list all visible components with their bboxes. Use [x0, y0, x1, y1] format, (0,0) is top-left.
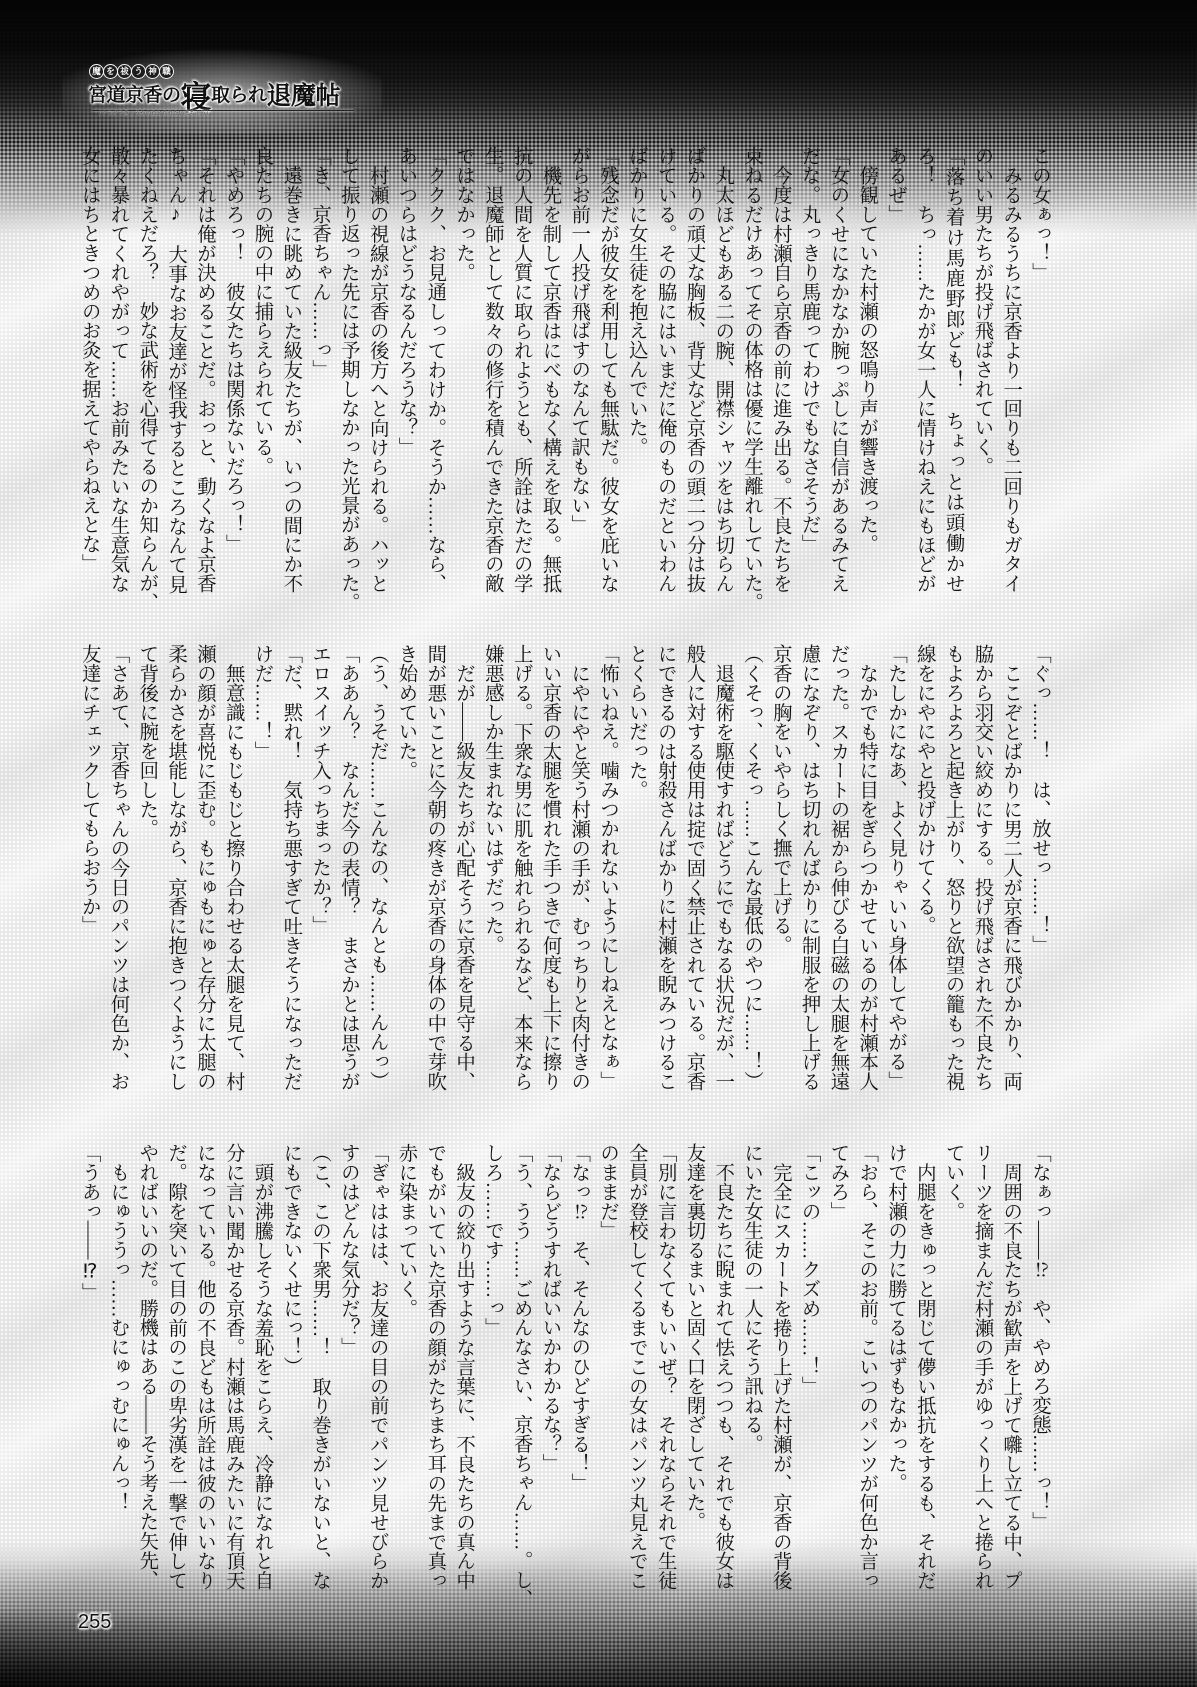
text-column: 級友の絞り出すような言葉に、不良たちの真ん中: [448, 1143, 477, 1590]
text-column: やればいいのだ。勝機はある――そう考えた矢先、: [132, 1143, 161, 1590]
page-number: 255: [78, 1612, 111, 1632]
text-column: 内腿をきゅっと閉じて儚い抵抗をするも、それだ: [909, 1143, 938, 1590]
text-column: ろ！ ちっ……たかが女一人に情けねえにもほどが: [909, 146, 938, 593]
series-label-char: 神: [146, 65, 159, 78]
text-tier-middle: 「ぐっ……！ は、放せっ……！」 ここぞとばかりに男二人が京香に飛びかかり、両脇…: [74, 644, 1053, 1091]
text-column: 「さあて、京香ちゃんの今日のパンツは何色か、お: [103, 644, 132, 1091]
text-column: 「うあっ――⁉」: [74, 1143, 103, 1590]
text-column: 全員が登校してくるまでこの女はパンツ丸見えでこ: [621, 1143, 650, 1590]
text-column: のままだ」: [592, 1143, 621, 1590]
text-column: き始めていた。: [391, 644, 420, 1091]
text-column: 慮になぞり、はち切れんばかりに制服を押し上げる: [794, 644, 823, 1091]
text-column: すのはどんな気分だ？」: [333, 1143, 362, 1590]
title-ruby: （ぐうどうきょうかのねとられたいまちょう）: [96, 112, 212, 118]
title-segment: 取られ: [211, 85, 267, 106]
bottom-left-shade: [0, 1580, 560, 1687]
text-column: 「たしかになあ、よく見りゃいい身体してやがる」: [880, 644, 909, 1091]
text-column: 「なぁっ――⁉ や、やめろ変態……っ！」: [1024, 1143, 1053, 1590]
series-label-char: 祓: [118, 65, 131, 78]
text-column: して振り返った先には予期しなかった光景があった。: [333, 146, 362, 593]
text-column: 女にはちときつめのお灸を据えてやらねえとな」: [74, 146, 103, 593]
text-tier-upper: この女ぁっ！」 みるみるうちに京香より一回りも二回りもガタイのいい男たちが投げ飛…: [74, 146, 1053, 593]
novel-page: 魔 を 祓 う 神 職 宮道京香の寝取られ退魔帖 （ぐうどうきょうかのねとられた…: [0, 0, 1197, 1687]
text-column: て背後に腕を回した。: [132, 644, 161, 1091]
text-column: （こ、この下衆男……！ 取り巻きがいないと、な: [304, 1143, 333, 1590]
text-column: 「ぎゃははは、お友達の目の前でパンツ見せびらか: [362, 1143, 391, 1590]
text-column: なかでも特に目をぎらつかせているのが村瀬本人: [851, 644, 880, 1091]
text-column: 間が悪いことに今朝の疼きが京香の身体の中で芽吹: [419, 644, 448, 1091]
text-column: けで村瀬の力に勝てるはずもなかった。: [880, 1143, 909, 1590]
text-column: 「う、うう……ごめんなさい、京香ちゃん……。し、: [506, 1143, 535, 1590]
title-segment: 退: [267, 83, 292, 110]
text-column: 生。退魔師として数々の修行を積んできた京香の敵: [477, 146, 506, 593]
text-column: でもがいていた京香の顔がたちまち耳の先まで真っ: [419, 1143, 448, 1590]
text-column: ちゃん♪ 大事なお友達が怪我するところなんて見: [160, 146, 189, 593]
text-column: 遠巻きに眺めていた級友たちが、いつの間にか不: [275, 146, 304, 593]
text-column: にもできないくせにっ！）: [275, 1143, 304, 1590]
text-column: エロスイッチ入っちまったか？」: [304, 644, 333, 1091]
text-column: 不良たちに睨まれて怯えつつも、それでも彼女は: [707, 1143, 736, 1590]
text-column: 抗の人間を人質に取られようとも、所詮はただの学: [506, 146, 535, 593]
text-column: リーツを摘まんだ村瀬の手がゆっくり上へと捲られ: [967, 1143, 996, 1590]
text-column: がらお前一人投げ飛ばすのなんて訳もない」: [563, 146, 592, 593]
text-column: もにゅううっ……むにゅっむにゅんっ！: [103, 1143, 132, 1590]
text-column: ではなかった。: [448, 146, 477, 593]
text-column: あいつらはどうなるんだろうな？」: [391, 146, 420, 593]
text-column: けだ……！」: [247, 644, 276, 1091]
text-column: 赤に染まっていく。: [391, 1143, 420, 1590]
text-column: 分に言い聞かせる京香。村瀬は馬鹿みたいに有頂天: [218, 1143, 247, 1590]
series-label: 魔 を 祓 う 神 職: [90, 65, 173, 78]
text-column: （くそっ、くそっ……こんな最低のやつに……！）: [736, 644, 765, 1091]
text-column: 「だ、黙れ！ 気持ち悪すぎて吐きそうになっただ: [275, 644, 304, 1091]
text-column: もよろよろと起き上がり、怒りと欲望の籠もった視: [938, 644, 967, 1091]
text-column: 完全にスカートを捲り上げた村瀬が、京香の背後: [765, 1143, 794, 1590]
text-column: 友達を裏切るまいと固く口を閉ざしていた。: [679, 1143, 708, 1590]
text-column: 京香の胸をいやらしく撫で上げる。: [765, 644, 794, 1091]
series-label-char: 職: [160, 65, 173, 78]
text-column: ばかりの頑丈な胸板、背丈など京香の頭二つ分は抜: [679, 146, 708, 593]
text-column: しろ……です……っ」: [477, 1143, 506, 1590]
text-column: 上げる。下衆な男に肌を触れられるなど、本来なら: [506, 644, 535, 1091]
text-column: にできるのは射殺さんばかりに村瀬を睨みつけるこ: [650, 644, 679, 1091]
text-column: 「それは俺が決めることだ。おっと、動くなよ京香: [189, 146, 218, 593]
text-column: 周囲の不良たちが歓声を上げて囃し立てる中、プ: [995, 1143, 1024, 1590]
text-column: 脇から羽交い絞めにする。投げ飛ばされた不良たち: [967, 644, 996, 1091]
text-column: 般人に対する使用は掟で固く禁止されている。京香: [679, 644, 708, 1091]
text-column: とくらいだった。: [621, 644, 650, 1091]
text-column: にいた女生徒の一人にそう訊ねる。: [736, 1143, 765, 1590]
text-column: けている。その脇にはいまだに俺のものだといわん: [650, 146, 679, 593]
text-column: 柔らかさを堪能しながら、京香に抱きつくようにし: [160, 644, 189, 1091]
text-column: たくねえだろ？ 妙な武術を心得てるのか知らんが、: [132, 146, 161, 593]
text-column: みるみるうちに京香より一回りも二回りもガタイ: [995, 146, 1024, 593]
text-column: 「ああん？ なんだ今の表情？ まさかとは思うが: [333, 644, 362, 1091]
text-column: 退魔術を駆使すればどうにでもなる状況だが、一: [707, 644, 736, 1091]
text-column: 「やめろっ！ 彼女たちは関係ないだろっ！」: [218, 146, 247, 593]
text-column: 「なっ⁉ そ、そんなのひどすぎる！」: [563, 1143, 592, 1590]
text-column: 「女のくせになかなか腕っぷしに自信があるみてえ: [823, 146, 852, 593]
text-column: 無意識にもじもじと擦り合わせる太腿を見て、村: [218, 644, 247, 1091]
title-segment: 宮道京香の: [88, 85, 181, 106]
text-column: 頭が沸騰しそうな羞恥をこらえ、冷静になれと自: [247, 1143, 276, 1590]
text-column: のいい男たちが投げ飛ばされていく。: [967, 146, 996, 593]
text-column: 良たちの腕の中に捕らえられている。: [247, 146, 276, 593]
text-column: 丸太ほどもある二の腕、開襟シャツをはち切らん: [707, 146, 736, 593]
text-column: ばかりに女生徒を抱え込んでいた。: [621, 146, 650, 593]
text-column: 友達にチェックしてもらおうか」: [74, 644, 103, 1091]
text-column: 散々暴れてくれやがって……お前みたいな生意気な: [103, 146, 132, 593]
text-column: 「ククク、お見通しってわけか。そうか……なら、: [419, 146, 448, 593]
text-column: 嫌悪感しか生まれないはずだった。: [477, 644, 506, 1091]
text-column: だった。スカートの裾から伸びる白磁の太腿を無遠: [823, 644, 852, 1091]
text-column: 「ならどうすればいいかわかるな？」: [535, 1143, 564, 1590]
text-column: 「怖いねえ。噛みつかれないようにしねえとなぁ」: [592, 644, 621, 1091]
text-column: ここぞとばかりに男二人が京香に飛びかかり、両: [995, 644, 1024, 1091]
text-column: になっている。他の不良どもは所詮は彼のいいなり: [189, 1143, 218, 1590]
text-column: 「き、京香ちゃん……っ」: [304, 146, 333, 593]
text-column: あるぜ」: [880, 146, 909, 593]
text-column: 村瀬の視線が京香の後方へと向けられる。ハッと: [362, 146, 391, 593]
text-column: 「別に言わなくてもいいぜ？ それならそれで生徒: [650, 1143, 679, 1590]
text-column: 束ねるだけあってその体格は優に学生離れしていた。: [736, 146, 765, 593]
text-column: 線をにやにやと投げかけてくる。: [909, 644, 938, 1091]
text-tier-lower: 「なぁっ――⁉ や、やめろ変態……っ！」 周囲の不良たちが歓声を上げて囃し立てる…: [74, 1143, 1053, 1590]
series-label-char: う: [132, 65, 145, 78]
text-column: この女ぁっ！」: [1024, 146, 1053, 593]
text-column: にやにやと笑う村瀬の手が、むっちりと肉付きの: [563, 644, 592, 1091]
story-title: 宮道京香の寝取られ退魔帖: [88, 82, 340, 113]
text-column: だ。隙を突いて目の前のこの卑劣漢を一撃で伸して: [160, 1143, 189, 1590]
text-column: 「こッの……クズめ……！」: [794, 1143, 823, 1590]
text-column: だな。丸っきり馬鹿ってわけでもなさそうだ」: [794, 146, 823, 593]
series-label-char: 魔: [90, 65, 103, 78]
text-column: 「おら、そこのお前。こいつのパンツが何色か言っ: [851, 1143, 880, 1590]
text-column: いい京香の太腿を慣れた手つきで何度も上下に擦り: [535, 644, 564, 1091]
text-column: ていく。: [938, 1143, 967, 1590]
text-column: 傍観していた村瀬の怒鳴り声が響き渡った。: [851, 146, 880, 593]
text-column: てみろ」: [823, 1143, 852, 1590]
title-segment: 魔帖: [291, 83, 340, 110]
text-column: だが――級友たちが心配そうに京香を見守る中、: [448, 644, 477, 1091]
text-column: 「ぐっ……！ は、放せっ……！」: [1024, 644, 1053, 1091]
text-column: 今度は村瀬自ら京香の前に進み出る。不良たちを: [765, 146, 794, 593]
text-column: 瀬の顔が喜悦に歪む。もにゅもにゅと存分に太腿の: [189, 644, 218, 1091]
text-column: 「残念だが彼女を利用しても無駄だ。彼女を庇いな: [592, 146, 621, 593]
text-column: 「落ち着け馬鹿野郎ども！ ちょっとは頭働かせ: [938, 146, 967, 593]
series-label-char: を: [104, 65, 117, 78]
text-column: 機先を制して京香はにべもなく構えを取る。無抵: [535, 146, 564, 593]
text-column: （う、うそだ……こんなの、なんとも……んんっ）: [362, 644, 391, 1091]
